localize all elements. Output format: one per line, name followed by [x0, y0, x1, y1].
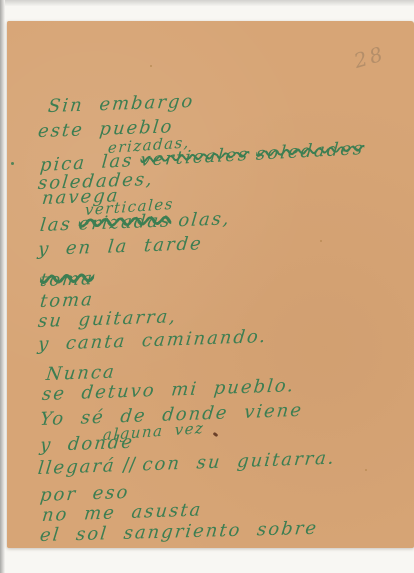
poem-text: las [39, 216, 73, 235]
paper-fleck [213, 432, 219, 437]
poem-line: el sol sangriento sobre [39, 520, 319, 545]
poem-text: Sin embargo [47, 93, 195, 116]
poem-line: toma [39, 291, 95, 311]
poem-inserted-word: alguna vez [102, 421, 204, 443]
poem-text: su guitarra, [37, 308, 178, 331]
poem-text: con su guitarra. [142, 450, 337, 475]
poem-line: Sin embargo [47, 93, 195, 116]
poem-line: laserizadasolas, [39, 210, 232, 235]
ink-speck [11, 162, 14, 165]
page-number-pencil: 28 [351, 41, 388, 73]
poem-line: y canta caminando. [37, 328, 268, 354]
manuscript-paper: 28 Sin embargo este pueblo erizadas, pic… [7, 21, 414, 548]
poem-struck-word: verticales [140, 146, 250, 170]
poem-text: olas, [177, 210, 231, 230]
poem-struck-word: erizadas [78, 212, 173, 233]
poem-line: su guitarra, [37, 308, 178, 331]
poem-text: el sol sangriento sobre [39, 520, 319, 545]
paper-speck [150, 65, 152, 67]
poem-line: toma [39, 270, 95, 290]
poem-line: y en la tarde [37, 235, 204, 259]
poem-text: y canta caminando. [37, 328, 268, 354]
poem-text: y en la tarde [37, 235, 204, 259]
poem-text: llegará [37, 457, 117, 478]
poem-insertion: alguna vez [102, 421, 204, 443]
manuscript-photo: 28 Sin embargo este pueblo erizadas, pic… [0, 0, 414, 573]
insertion-caret: // [122, 456, 137, 476]
poem-text: toma [39, 291, 95, 311]
poem-struck-word: toma [39, 270, 95, 290]
scan-edge-top [0, 0, 414, 6]
paper-speck [320, 240, 322, 242]
poem-struck-word: soledades [255, 140, 365, 164]
poem-line: pica lasverticalessoledades [39, 140, 365, 175]
scan-edge-left [0, 0, 5, 573]
paper-speck [365, 469, 367, 471]
